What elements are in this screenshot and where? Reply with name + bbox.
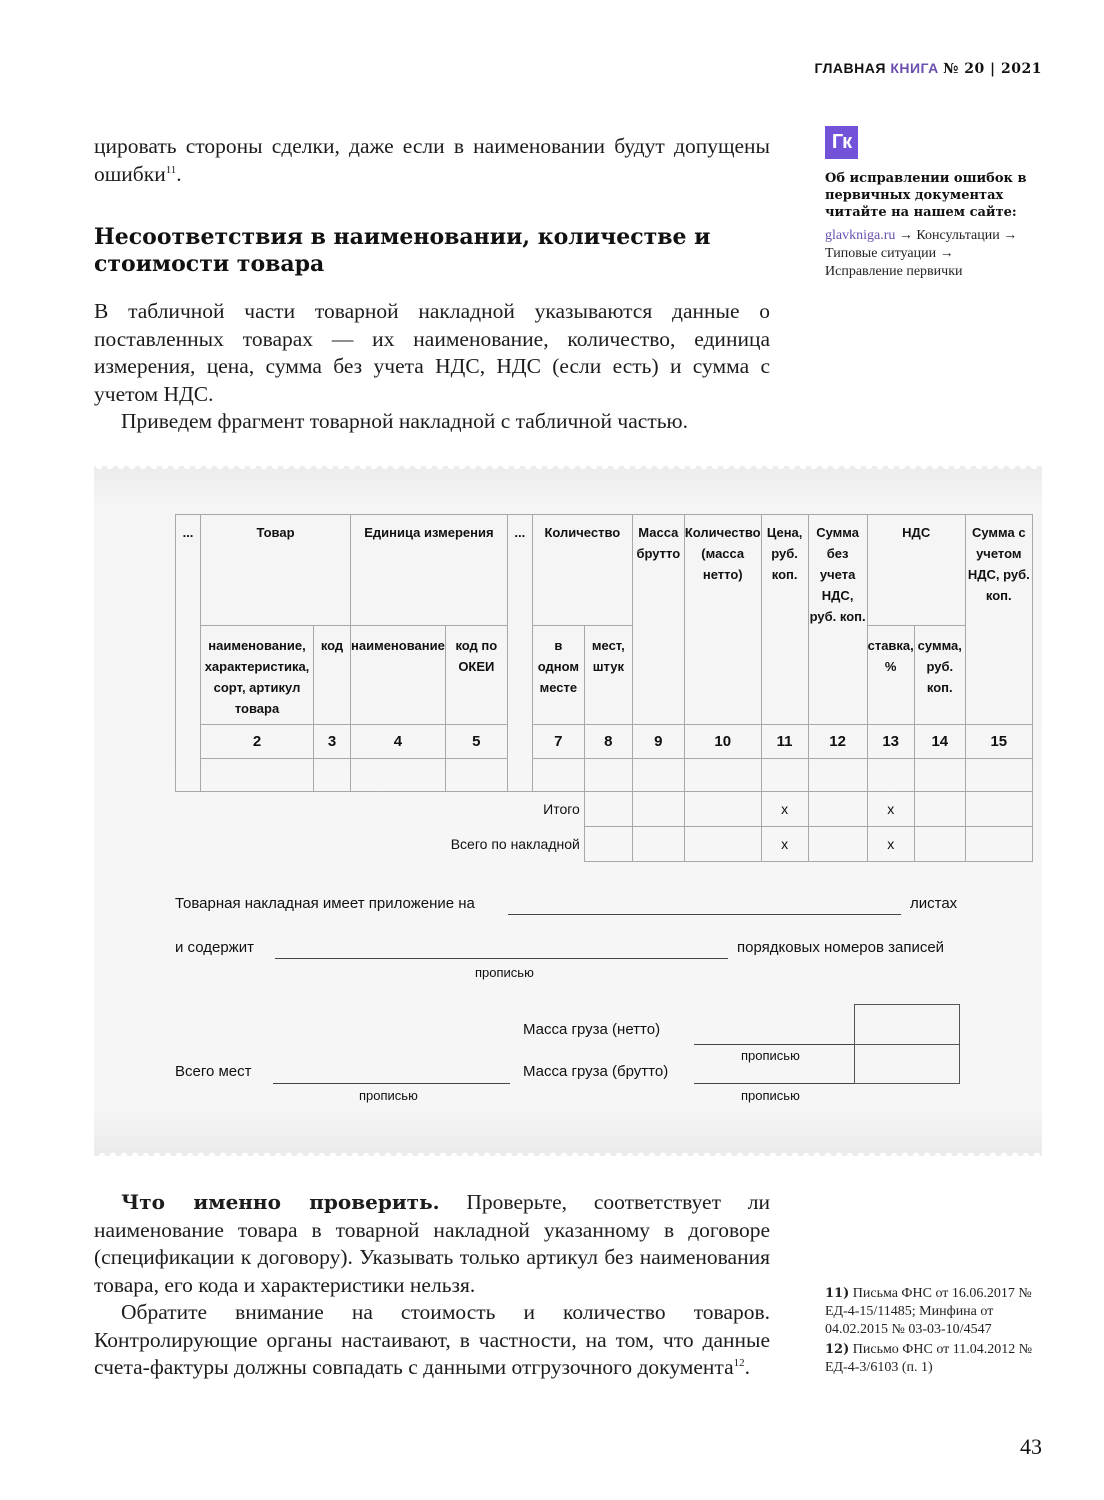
footnote-text: Письмо ФНС от 11.04.2012 № ЕД-4-3/6103 (… <box>825 1342 1032 1375</box>
attention-text: Обратите внимание на стоимость и количес… <box>94 1300 770 1379</box>
table-cell[interactable] <box>684 792 761 827</box>
divider <box>855 1044 959 1045</box>
header-places: мест, штук <box>584 626 632 725</box>
glavkniga-logo-icon: Гк <box>825 126 858 159</box>
header-vat-rate: ставка, % <box>867 626 914 725</box>
table-cell[interactable] <box>632 792 684 827</box>
running-header: ГЛАВНАЯ КНИГА № 20 | 2021 <box>815 60 1042 77</box>
crossed-cell: х <box>761 792 808 827</box>
sidebar-note-links: glavkniga.ru → Консультации → Типовые си… <box>825 227 1055 281</box>
header-tovar: Товар <box>201 515 351 626</box>
table-cell[interactable] <box>532 759 584 792</box>
header-okei: код по ОКЕИ <box>445 626 507 725</box>
check-paragraph: Что именно проверить. Проверьте, соответ… <box>94 1189 770 1299</box>
data-row <box>176 759 1033 792</box>
header-code: код <box>314 626 351 725</box>
table-cell[interactable] <box>684 759 761 792</box>
intro-paragraph: цировать стороны сделки, даже если в наи… <box>94 133 770 188</box>
table-cell[interactable] <box>914 827 965 862</box>
column-number: 7 <box>532 725 584 759</box>
grand-total-row: Всего по накладнойхх <box>176 827 1033 862</box>
in-words-hint: прописью <box>741 1088 800 1103</box>
gross-mass-field[interactable] <box>694 1083 854 1084</box>
header-quantity: Количество <box>532 515 632 626</box>
appendix-label: Товарная накладная имеет приложение на <box>175 895 475 912</box>
column-number: 2 <box>201 725 314 759</box>
total-label: Итого <box>176 792 585 827</box>
crossed-cell: х <box>867 827 914 862</box>
footnote-number: 12) <box>825 1342 849 1357</box>
places-total-label: Всего мест <box>175 1063 252 1080</box>
footnote-ref[interactable]: 11 <box>166 163 177 175</box>
contains-label: и содержит <box>175 939 254 956</box>
table-cell[interactable] <box>445 759 507 792</box>
column-number: 13 <box>867 725 914 759</box>
table-cell[interactable] <box>808 759 867 792</box>
in-words-hint: прописью <box>359 1088 418 1103</box>
table-cell[interactable] <box>761 759 808 792</box>
sheets-label: листах <box>910 895 957 912</box>
table-cell[interactable] <box>632 759 684 792</box>
footnote-number: 11) <box>825 1286 849 1301</box>
paragraph-2: Приведем фрагмент товарной накладной с т… <box>94 408 770 436</box>
header-gross: Масса брутто <box>632 515 684 725</box>
arrow-icon: → <box>899 228 913 243</box>
footnotes: 11) Письма ФНС от 16.06.2017 № ЕД-4-15/1… <box>825 1285 1055 1379</box>
invoice-table: ... Товар Единица измерения ... Количест… <box>175 514 1033 862</box>
header-vat-sum: сумма, руб. коп. <box>914 626 965 725</box>
column-number: 12 <box>808 725 867 759</box>
header-ellipsis: ... <box>507 515 532 792</box>
header-sum-with-vat: Сумма с учетом НДС, руб. коп. <box>965 515 1032 725</box>
attention-paragraph: Обратите внимание на стоимость и количес… <box>94 1299 770 1382</box>
gross-mass-label: Масса груза (брутто) <box>523 1063 668 1080</box>
column-number: 8 <box>584 725 632 759</box>
table-cell[interactable] <box>584 827 632 862</box>
table-cell[interactable] <box>584 792 632 827</box>
table-cell[interactable] <box>351 759 446 792</box>
footnote-12: 12) Письмо ФНС от 11.04.2012 № ЕД-4-3/61… <box>825 1341 1055 1377</box>
table-cell[interactable] <box>314 759 351 792</box>
total-label: Всего по накладной <box>176 827 585 862</box>
table-cell[interactable] <box>808 792 867 827</box>
bottom-text: Что именно проверить. Проверьте, соответ… <box>94 1189 770 1382</box>
total-row: Итогохх <box>176 792 1033 827</box>
table-cell[interactable] <box>914 759 965 792</box>
table-cell[interactable] <box>632 827 684 862</box>
header-ellipsis: ... <box>176 515 201 792</box>
check-lead: Что именно проверить. <box>121 1190 440 1214</box>
path-typical-situations[interactable]: Типовые ситуации <box>825 246 936 261</box>
column-number: 10 <box>684 725 761 759</box>
path-consultations[interactable]: Консультации <box>916 228 999 243</box>
table-cell[interactable] <box>965 827 1032 862</box>
paragraph-1: В табличной части товарной накладной ука… <box>94 298 770 408</box>
footnote-11: 11) Письма ФНС от 16.06.2017 № ЕД-4-15/1… <box>825 1285 1055 1339</box>
column-number: 15 <box>965 725 1032 759</box>
in-words-hint: прописью <box>741 1048 800 1063</box>
appendix-sheets-field[interactable] <box>508 914 901 915</box>
header-unit-name: наименование <box>351 626 446 725</box>
column-number: 5 <box>445 725 507 759</box>
crossed-cell: х <box>761 827 808 862</box>
crossed-cell: х <box>867 792 914 827</box>
records-label: порядковых номеров записей <box>737 939 944 956</box>
column-number-row: 2345789101112131415 <box>176 725 1033 759</box>
intro-tail: . <box>176 162 181 186</box>
footnote-ref[interactable]: 12 <box>734 1357 745 1369</box>
table-cell[interactable] <box>914 792 965 827</box>
page-number: 43 <box>1020 1434 1042 1460</box>
attention-tail: . <box>745 1355 750 1379</box>
header-sum-no-vat: Сумма без учета НДС, руб. коп. <box>808 515 867 725</box>
header-per-place: в одном месте <box>532 626 584 725</box>
net-mass-label: Масса груза (нетто) <box>523 1021 660 1038</box>
column-number: 9 <box>632 725 684 759</box>
header-unit: Единица измерения <box>351 515 508 626</box>
records-count-field[interactable] <box>275 958 728 959</box>
table-cell[interactable] <box>965 759 1032 792</box>
table-cell[interactable] <box>965 792 1032 827</box>
mass-value-box[interactable] <box>854 1004 960 1084</box>
section-heading: Несоответствия в наименовании, количеств… <box>94 224 774 278</box>
footnote-text: Письма ФНС от 16.06.2017 № ЕД-4-15/11485… <box>825 1286 1032 1337</box>
brand-name-accent: КНИГА <box>890 60 938 76</box>
column-number: 11 <box>761 725 808 759</box>
column-number: 14 <box>914 725 965 759</box>
table-cell[interactable] <box>584 759 632 792</box>
brand-name: ГЛАВНАЯ <box>815 60 886 76</box>
path-primary-correction[interactable]: Исправление первички <box>825 264 963 279</box>
column-number: 3 <box>314 725 351 759</box>
arrow-icon: → <box>1003 228 1017 243</box>
column-number: 4 <box>351 725 446 759</box>
site-link[interactable]: glavkniga.ru <box>825 228 895 243</box>
header-price: Цена, руб. коп. <box>761 515 808 725</box>
header-name: наименование, характеристика, сорт, арти… <box>201 626 314 725</box>
table-cell[interactable] <box>201 759 314 792</box>
arrow-icon: → <box>940 246 954 261</box>
header-net-qty: Количество (масса нетто) <box>684 515 761 725</box>
net-mass-field[interactable] <box>694 1044 854 1045</box>
places-total-field[interactable] <box>273 1083 510 1084</box>
issue-number: № 20 | 2021 <box>943 61 1042 77</box>
sidebar-note-title: Об исправлении ошибок в первичных докуме… <box>825 170 1055 221</box>
table-cell[interactable] <box>684 827 761 862</box>
in-words-hint: прописью <box>475 965 534 980</box>
body-text: В табличной части товарной накладной ука… <box>94 298 770 436</box>
table-cell[interactable] <box>808 827 867 862</box>
header-vat: НДС <box>867 515 965 626</box>
table-cell[interactable] <box>867 759 914 792</box>
intro-text: цировать стороны сделки, даже если в наи… <box>94 134 770 186</box>
